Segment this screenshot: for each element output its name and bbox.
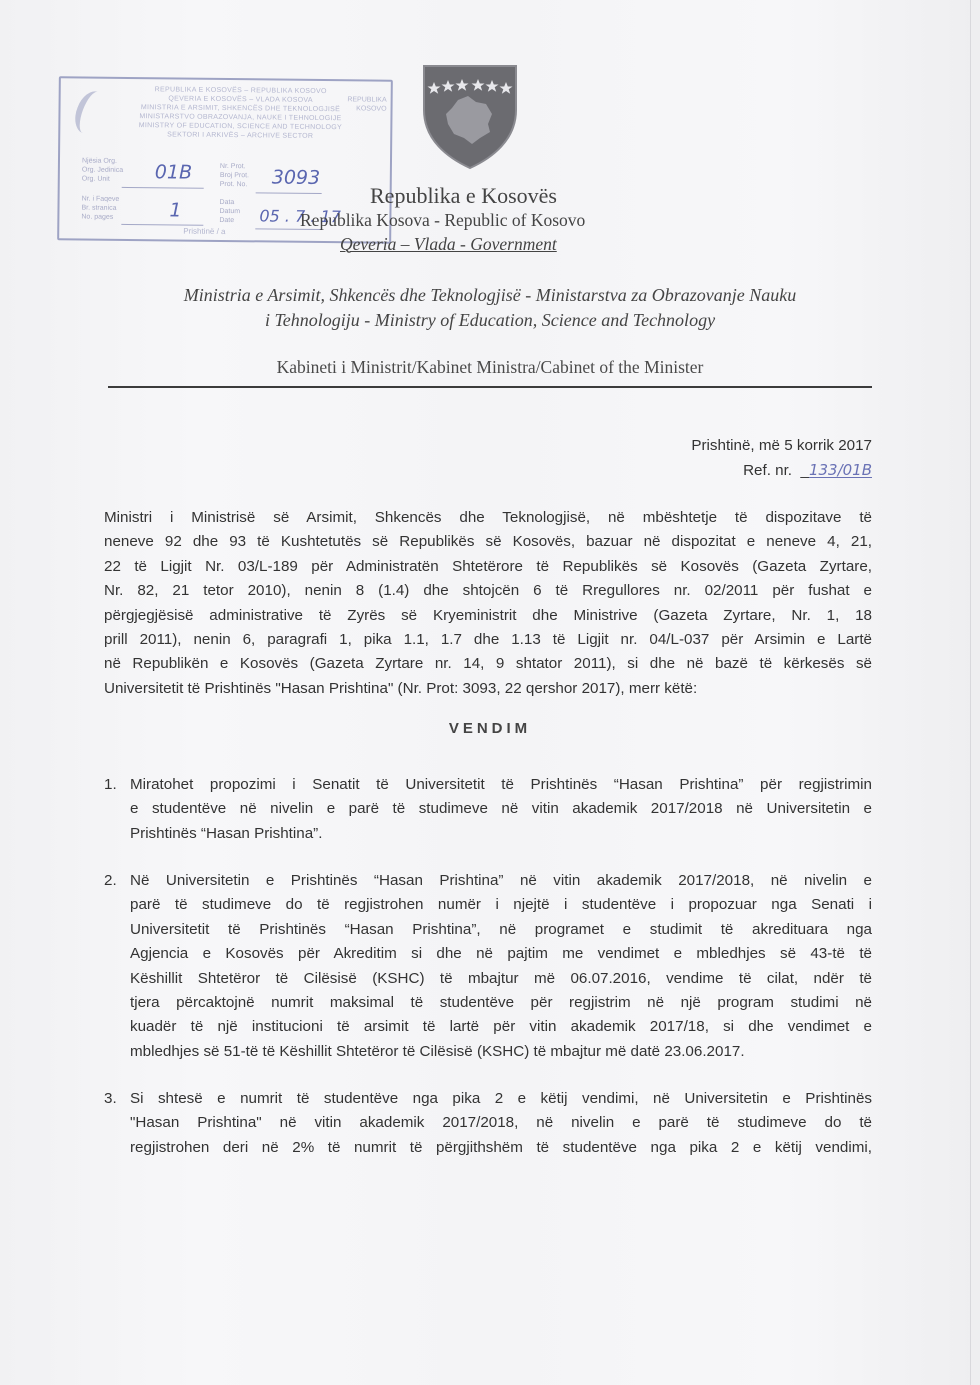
preamble-line: Nr. 82, 21 tetor 2010), nenin 8 (1.4) dh… [104,579,872,603]
stamp-label: Njësia Org. [82,157,117,166]
reference-number: Ref. nr. _133/01B [691,458,872,483]
decision-item-1: 1. Miratohet propozimi i Senatit të Univ… [104,773,872,846]
stamp-field-line [122,187,204,189]
stamp-protocol-value: 3093 [272,166,321,189]
item-line: Prishtinës “Hasan Prishtina”. [130,822,872,846]
item-line: kuadër të një institucioni të arsimit të… [130,1015,872,1039]
preamble-line: përgjegjësisë administrative të Zyrës së… [104,604,872,628]
document-page: REPUBLIKA E KOSOVËS – REPUBLIKA KOSOVO Q… [0,0,980,1385]
stamp-label: Org. Jedinica [82,166,123,175]
stamp-field-line [121,224,203,226]
item-line: "Hasan Prishtina" në vitin akademik 2017… [130,1111,872,1135]
item-line: regjistrohen deri në 2% të numrit të për… [130,1136,872,1160]
stamp-label: Data [220,198,235,207]
preamble-line: neneve 92 dhe 93 të Kushtetutës së Repub… [104,530,872,554]
date-reference-block: Prishtinë, më 5 korrik 2017 Ref. nr. _13… [691,434,872,483]
ref-label: Ref. nr. [743,462,792,479]
stamp-label: Br. stranica [81,204,116,213]
stamp-label: Broj Prot. [220,171,249,180]
preamble-line: prill 2011), nenin 6, paragrafi 1, pika … [104,628,872,652]
stamp-label: No. pages [81,212,113,221]
stamp-corner-tag: REPUBLIKA KOSOVO [347,95,386,113]
item-line: parë të studimeve do të regjistrohen num… [130,893,872,917]
ministry-line-1: Ministria e Arsimit, Shkencës dhe Teknol… [90,285,890,306]
republic-title: Republika e Kosovës [370,183,557,209]
preamble-line: Universitetit të Prishtinës "Hasan Prish… [104,677,872,701]
item-line: mbledhjes së 51-të të Këshillit Shtetëro… [130,1040,872,1064]
decision-item-2: 2. Në Universitetin e Prishtinës “Hasan … [104,869,872,1064]
item-number: 2. [104,869,117,893]
government-line: Qeveria – Vlada - Government [340,234,557,255]
stamp-logo-icon [70,87,112,138]
item-line: Si shtesë e numrit të studentëve nga pik… [130,1087,872,1111]
item-line: Në Universitetin e Prishtinës “Hasan Pri… [130,869,872,893]
preamble-line: në Republikën e Kosovës (Gazeta Zyrtare … [104,652,872,676]
item-number: 3. [104,1087,117,1111]
decision-item-3: 3. Si shtesë e numrit të studentëve nga … [104,1087,872,1160]
item-line: Këshillit Shtetëror të Cilësisë (KSHC) t… [130,967,872,991]
page-edge [970,0,971,1385]
item-line: Miratohet propozimi i Senatit të Univers… [130,773,872,797]
stamp-field-line [256,192,322,194]
coat-of-arms-icon [420,60,520,172]
stamp-footer: Prishtinë / a [183,227,225,236]
preamble-line: Ministri i Ministrisë së Arsimit, Shkenc… [104,506,872,530]
stamp-label: Nr. Prot. [220,162,246,171]
stamp-pages-value: 1 [169,199,181,221]
decision-title: VENDIM [0,720,980,737]
item-number: 1. [104,773,117,797]
cabinet-line: Kabineti i Ministrit/Kabinet Ministra/Ca… [90,357,890,378]
item-line: e studentëve në nivelin e parë të studim… [130,797,872,821]
stamp-label: Datum [219,207,240,216]
item-line: tjera përcaktojnë numrit maksimal të stu… [130,991,872,1015]
ministry-line-2: i Tehnologiju - Ministry of Education, S… [90,310,890,331]
header-divider [108,386,872,388]
stamp-header: REPUBLIKA E KOSOVËS – REPUBLIKA KOSOVO Q… [120,85,361,142]
stamp-label: Nr. i Faqeve [82,195,120,204]
place-date: Prishtinë, më 5 korrik 2017 [691,434,872,458]
stamp-corner-line: KOSOVO [347,104,386,113]
stamp-label: Date [219,216,234,225]
stamp-corner-line: REPUBLIKA [347,95,386,104]
item-line: Agjencia e Kosovës për Akreditim si dhe … [130,942,872,966]
item-line: Universitetit të Prishtinës “Hasan Prish… [130,918,872,942]
republic-subtitle: Republika Kosova - Republic of Kosovo [300,210,700,231]
stamp-label: Org. Unit [82,175,110,184]
stamp-org-unit-value: 01B [155,161,192,183]
stamp-label: Prot. No. [220,180,248,189]
ref-value: 133/01B [809,461,872,479]
preamble-line: 22 të Ligjit Nr. 03/L-189 për Administra… [104,555,872,579]
preamble-paragraph: Ministri i Ministrisë së Arsimit, Shkenc… [104,506,872,701]
